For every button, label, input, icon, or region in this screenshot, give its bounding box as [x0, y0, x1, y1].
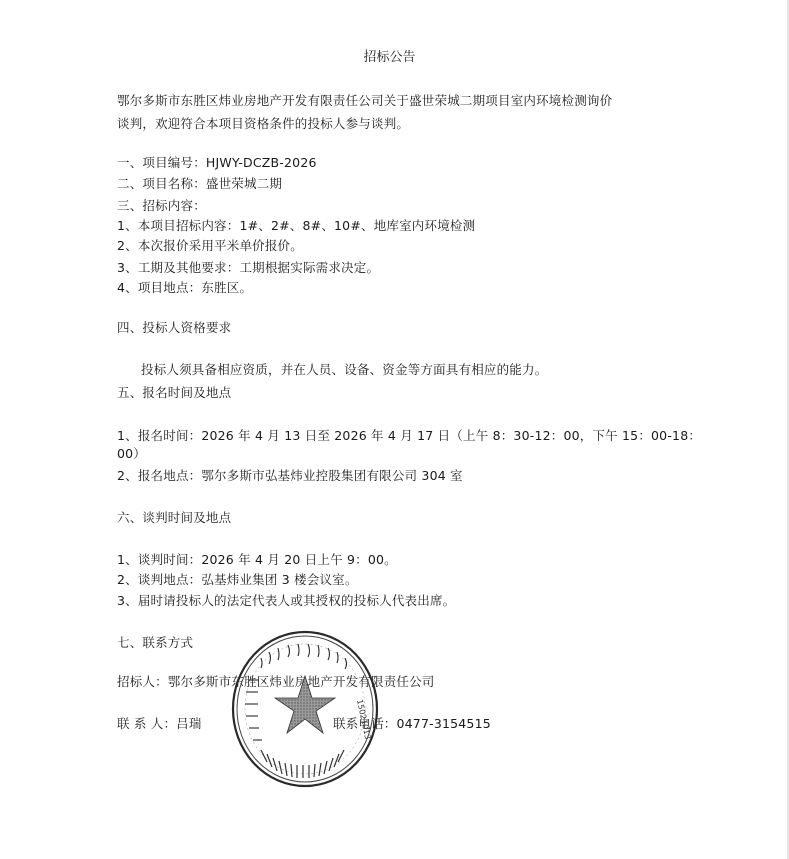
registration-place: 2、报名地点：鄂尔多斯市弘基炜业控股集团有限公司 304 室 [117, 468, 463, 484]
document-title: 招标公告 [0, 50, 789, 66]
registration-time-continued: 00） [117, 446, 146, 462]
bid-content-item: 2、本次报价采用平米单价报价。 [117, 238, 303, 254]
official-seal-icon: 15021013 [231, 630, 379, 788]
contact-phone: 联系电话：0477-3154515 [333, 716, 491, 732]
negotiation-heading: 六、谈判时间及地点 [117, 510, 231, 526]
qualification-text: 投标人须具备相应资质，并在人员、设备、资金等方面具有相应的能力。 [141, 362, 547, 378]
negotiation-time: 1、谈判时间：2026 年 4 月 20 日上午 9：00。 [117, 552, 397, 568]
negotiation-attendance: 3、届时请投标人的法定代表人或其授权的投标人代表出席。 [117, 593, 455, 609]
registration-heading: 五、报名时间及地点 [117, 385, 231, 401]
project-name: 二、项目名称：盛世荣城二期 [117, 176, 282, 192]
intro-line-2: 谈判，欢迎符合本项目资格条件的投标人参与谈判。 [117, 116, 409, 132]
tenderer: 招标人：鄂尔多斯市东胜区炜业房地产开发有限责任公司 [117, 674, 435, 690]
bid-content-heading: 三、招标内容： [117, 198, 206, 214]
bid-content-item: 1、本项目招标内容：1#、2#、8#、10#、地库室内环境检测 [117, 218, 475, 234]
bid-content-item: 4、项目地点：东胜区。 [117, 280, 252, 296]
project-number: 一、项目编号：HJWY-DCZB-2026 [117, 155, 317, 171]
bid-content-item: 3、工期及其他要求：工期根据实际需求决定。 [117, 260, 379, 276]
contact-heading: 七、联系方式 [117, 635, 193, 651]
intro-line-1: 鄂尔多斯市东胜区炜业房地产开发有限责任公司关于盛世荣城二期项目室内环境检测询价 [117, 93, 612, 109]
qualification-heading: 四、投标人资格要求 [117, 320, 231, 336]
negotiation-place: 2、谈判地点：弘基炜业集团 3 楼会议室。 [117, 572, 358, 588]
contact-person: 联 系 人：吕瑞 [117, 716, 202, 732]
registration-time: 1、报名时间：2026 年 4 月 13 日至 2026 年 4 月 17 日（… [117, 428, 701, 444]
